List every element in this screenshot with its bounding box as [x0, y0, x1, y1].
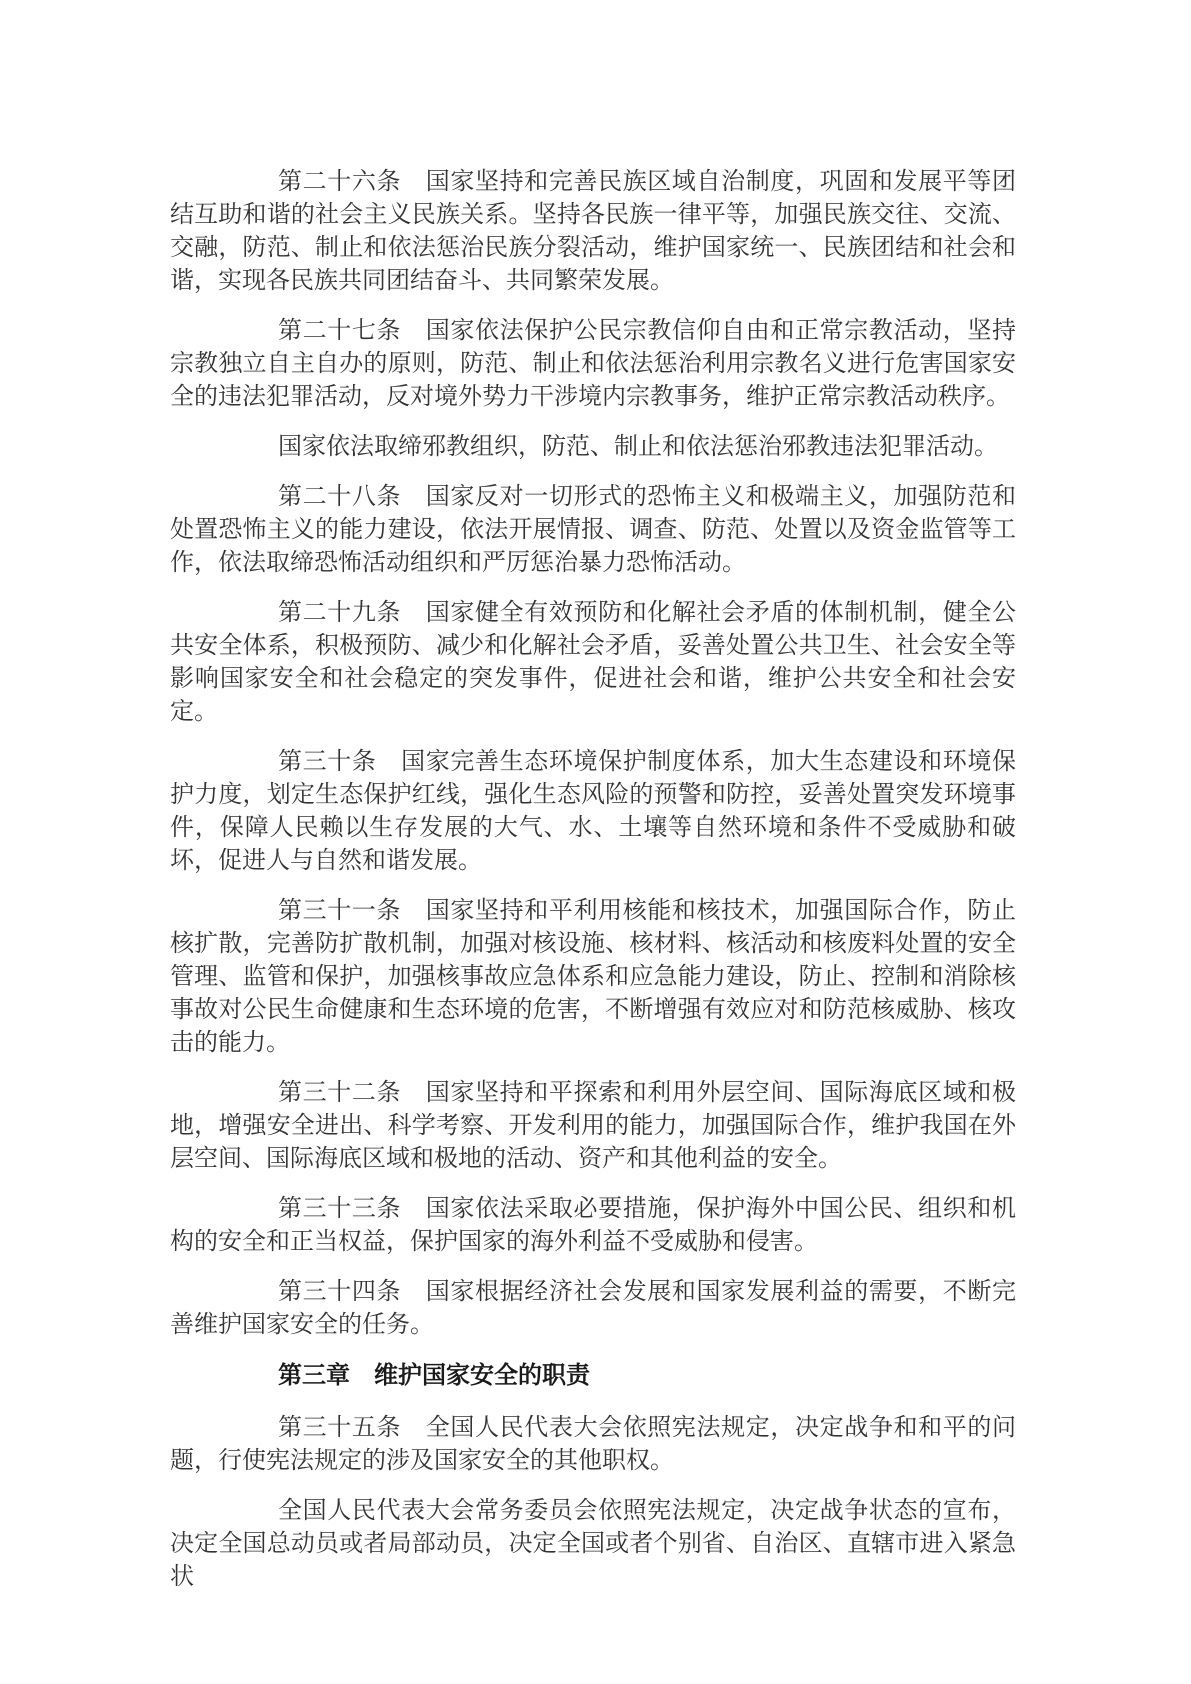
- para-article-27: 第二十七条 国家依法保护公民宗教信仰自由和正常宗教活动，坚持宗教独立自主自办的原…: [170, 314, 1016, 413]
- para-article-27-continuation: 国家依法取缔邪教组织，防范、制止和依法惩治邪教违法犯罪活动。: [170, 430, 1016, 463]
- document-page: 第二十六条 国家坚持和完善民族区域自治制度，巩固和发展平等团结互助和谐的社会主义…: [0, 0, 1191, 1684]
- para-article-31: 第三十一条 国家坚持和平利用核能和核技术，加强国际合作，防止核扩散，完善防扩散机…: [170, 894, 1016, 1059]
- para-article-29: 第二十九条 国家健全有效预防和化解社会矛盾的体制机制，健全公共安全体系，积极预防…: [170, 596, 1016, 728]
- para-article-33: 第三十三条 国家依法采取必要措施，保护海外中国公民、组织和机构的安全和正当权益，…: [170, 1192, 1016, 1258]
- para-article-35-continuation: 全国人民代表大会常务委员会依照宪法规定，决定战争状态的宣布，决定全国总动员或者局…: [170, 1494, 1016, 1593]
- document-text-block: 第二十六条 国家坚持和完善民族区域自治制度，巩固和发展平等团结互助和谐的社会主义…: [170, 165, 1016, 1593]
- para-article-34: 第三十四条 国家根据经济社会发展和国家发展利益的需要，不断完善维护国家安全的任务…: [170, 1275, 1016, 1341]
- para-article-32: 第三十二条 国家坚持和平探索和利用外层空间、国际海底区域和极地，增强安全进出、科…: [170, 1076, 1016, 1175]
- para-article-28: 第二十八条 国家反对一切形式的恐怖主义和极端主义，加强防范和处置恐怖主义的能力建…: [170, 480, 1016, 579]
- para-article-35: 第三十五条 全国人民代表大会依照宪法规定，决定战争和和平的问题，行使宪法规定的涉…: [170, 1411, 1016, 1477]
- para-article-30: 第三十条 国家完善生态环境保护制度体系，加大生态建设和环境保护力度，划定生态保护…: [170, 745, 1016, 877]
- para-article-26: 第二十六条 国家坚持和完善民族区域自治制度，巩固和发展平等团结互助和谐的社会主义…: [170, 165, 1016, 297]
- chapter-3-heading: 第三章 维护国家安全的职责: [170, 1358, 1016, 1391]
